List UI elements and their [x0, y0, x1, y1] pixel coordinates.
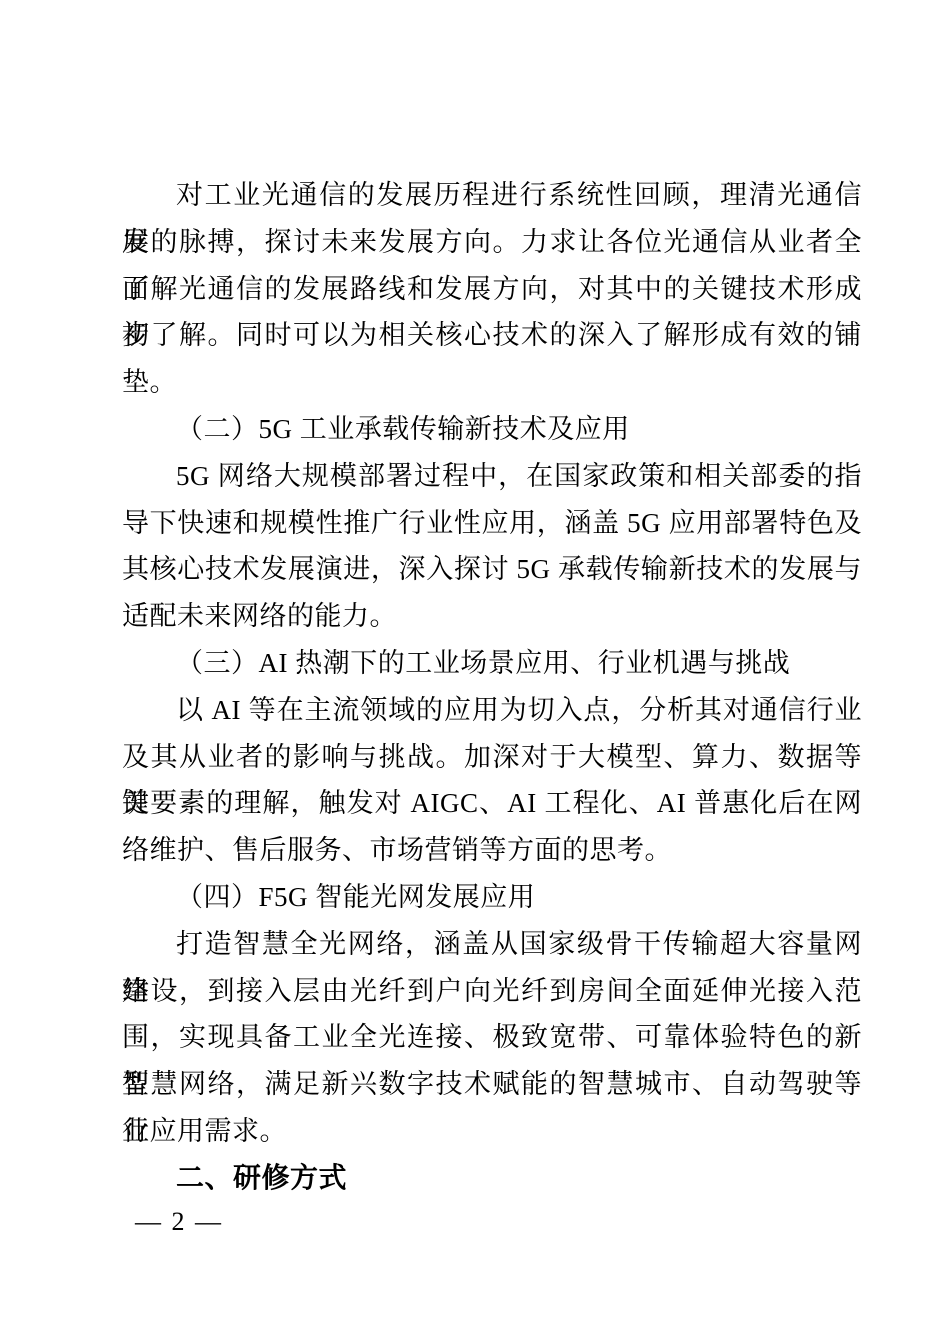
paragraph-line: 键要素的理解，触发对 AIGC、AI 工程化、AI 普惠化后在网 — [122, 780, 862, 827]
paragraph-line: 以 AI 等在主流领域的应用为切入点，分析其对通信行业 — [122, 687, 862, 734]
paragraph-line: 业应用需求。 — [122, 1108, 862, 1155]
document-body: 对工业光通信的发展历程进行系统性回顾，理清光通信发 展的脉搏，探讨未来发展方向。… — [122, 172, 862, 1202]
section-subheading: （四）F5G 智能光网发展应用 — [122, 874, 862, 921]
paragraph-line: 展的脉搏，探讨未来发展方向。力求让各位光通信从业者全面 — [122, 219, 862, 266]
paragraph-line: 步了解。同时可以为相关核心技术的深入了解形成有效的铺 — [122, 312, 862, 359]
section-subheading: （二）5G 工业承载传输新技术及应用 — [122, 406, 862, 453]
paragraph-line: 智慧网络，满足新兴数字技术赋能的智慧城市、自动驾驶等行 — [122, 1061, 862, 1108]
document-page: 对工业光通信的发展历程进行系统性回顾，理清光通信发 展的脉搏，探讨未来发展方向。… — [0, 0, 948, 1338]
paragraph-line: 了解光通信的发展路线和发展方向，对其中的关键技术形成初 — [122, 266, 862, 313]
paragraph-line: 5G 网络大规模部署过程中，在国家政策和相关部委的指 — [122, 453, 862, 500]
paragraph-line: 垫。 — [122, 359, 862, 406]
paragraph-line: 建设，到接入层由光纤到户向光纤到房间全面延伸光接入范 — [122, 968, 862, 1015]
section-subheading: （三）AI 热潮下的工业场景应用、行业机遇与挑战 — [122, 640, 862, 687]
section-heading: 二、研修方式 — [122, 1155, 862, 1202]
paragraph-line: 围，实现具备工业全光连接、极致宽带、可靠体验特色的新型 — [122, 1014, 862, 1061]
paragraph-line: 对工业光通信的发展历程进行系统性回顾，理清光通信发 — [122, 172, 862, 219]
paragraph-line: 其核心技术发展演进，深入探讨 5G 承载传输新技术的发展与 — [122, 546, 862, 593]
paragraph-line: 及其从业者的影响与挑战。加深对于大模型、算力、数据等关 — [122, 734, 862, 781]
paragraph-line: 导下快速和规模性推广行业性应用，涵盖 5G 应用部署特色及 — [122, 500, 862, 547]
paragraph-line: 适配未来网络的能力。 — [122, 593, 862, 640]
paragraph-line: 络维护、售后服务、市场营销等方面的思考。 — [122, 827, 862, 874]
page-number: — 2 — — [135, 1206, 223, 1238]
paragraph-line: 打造智慧全光网络，涵盖从国家级骨干传输超大容量网络 — [122, 921, 862, 968]
